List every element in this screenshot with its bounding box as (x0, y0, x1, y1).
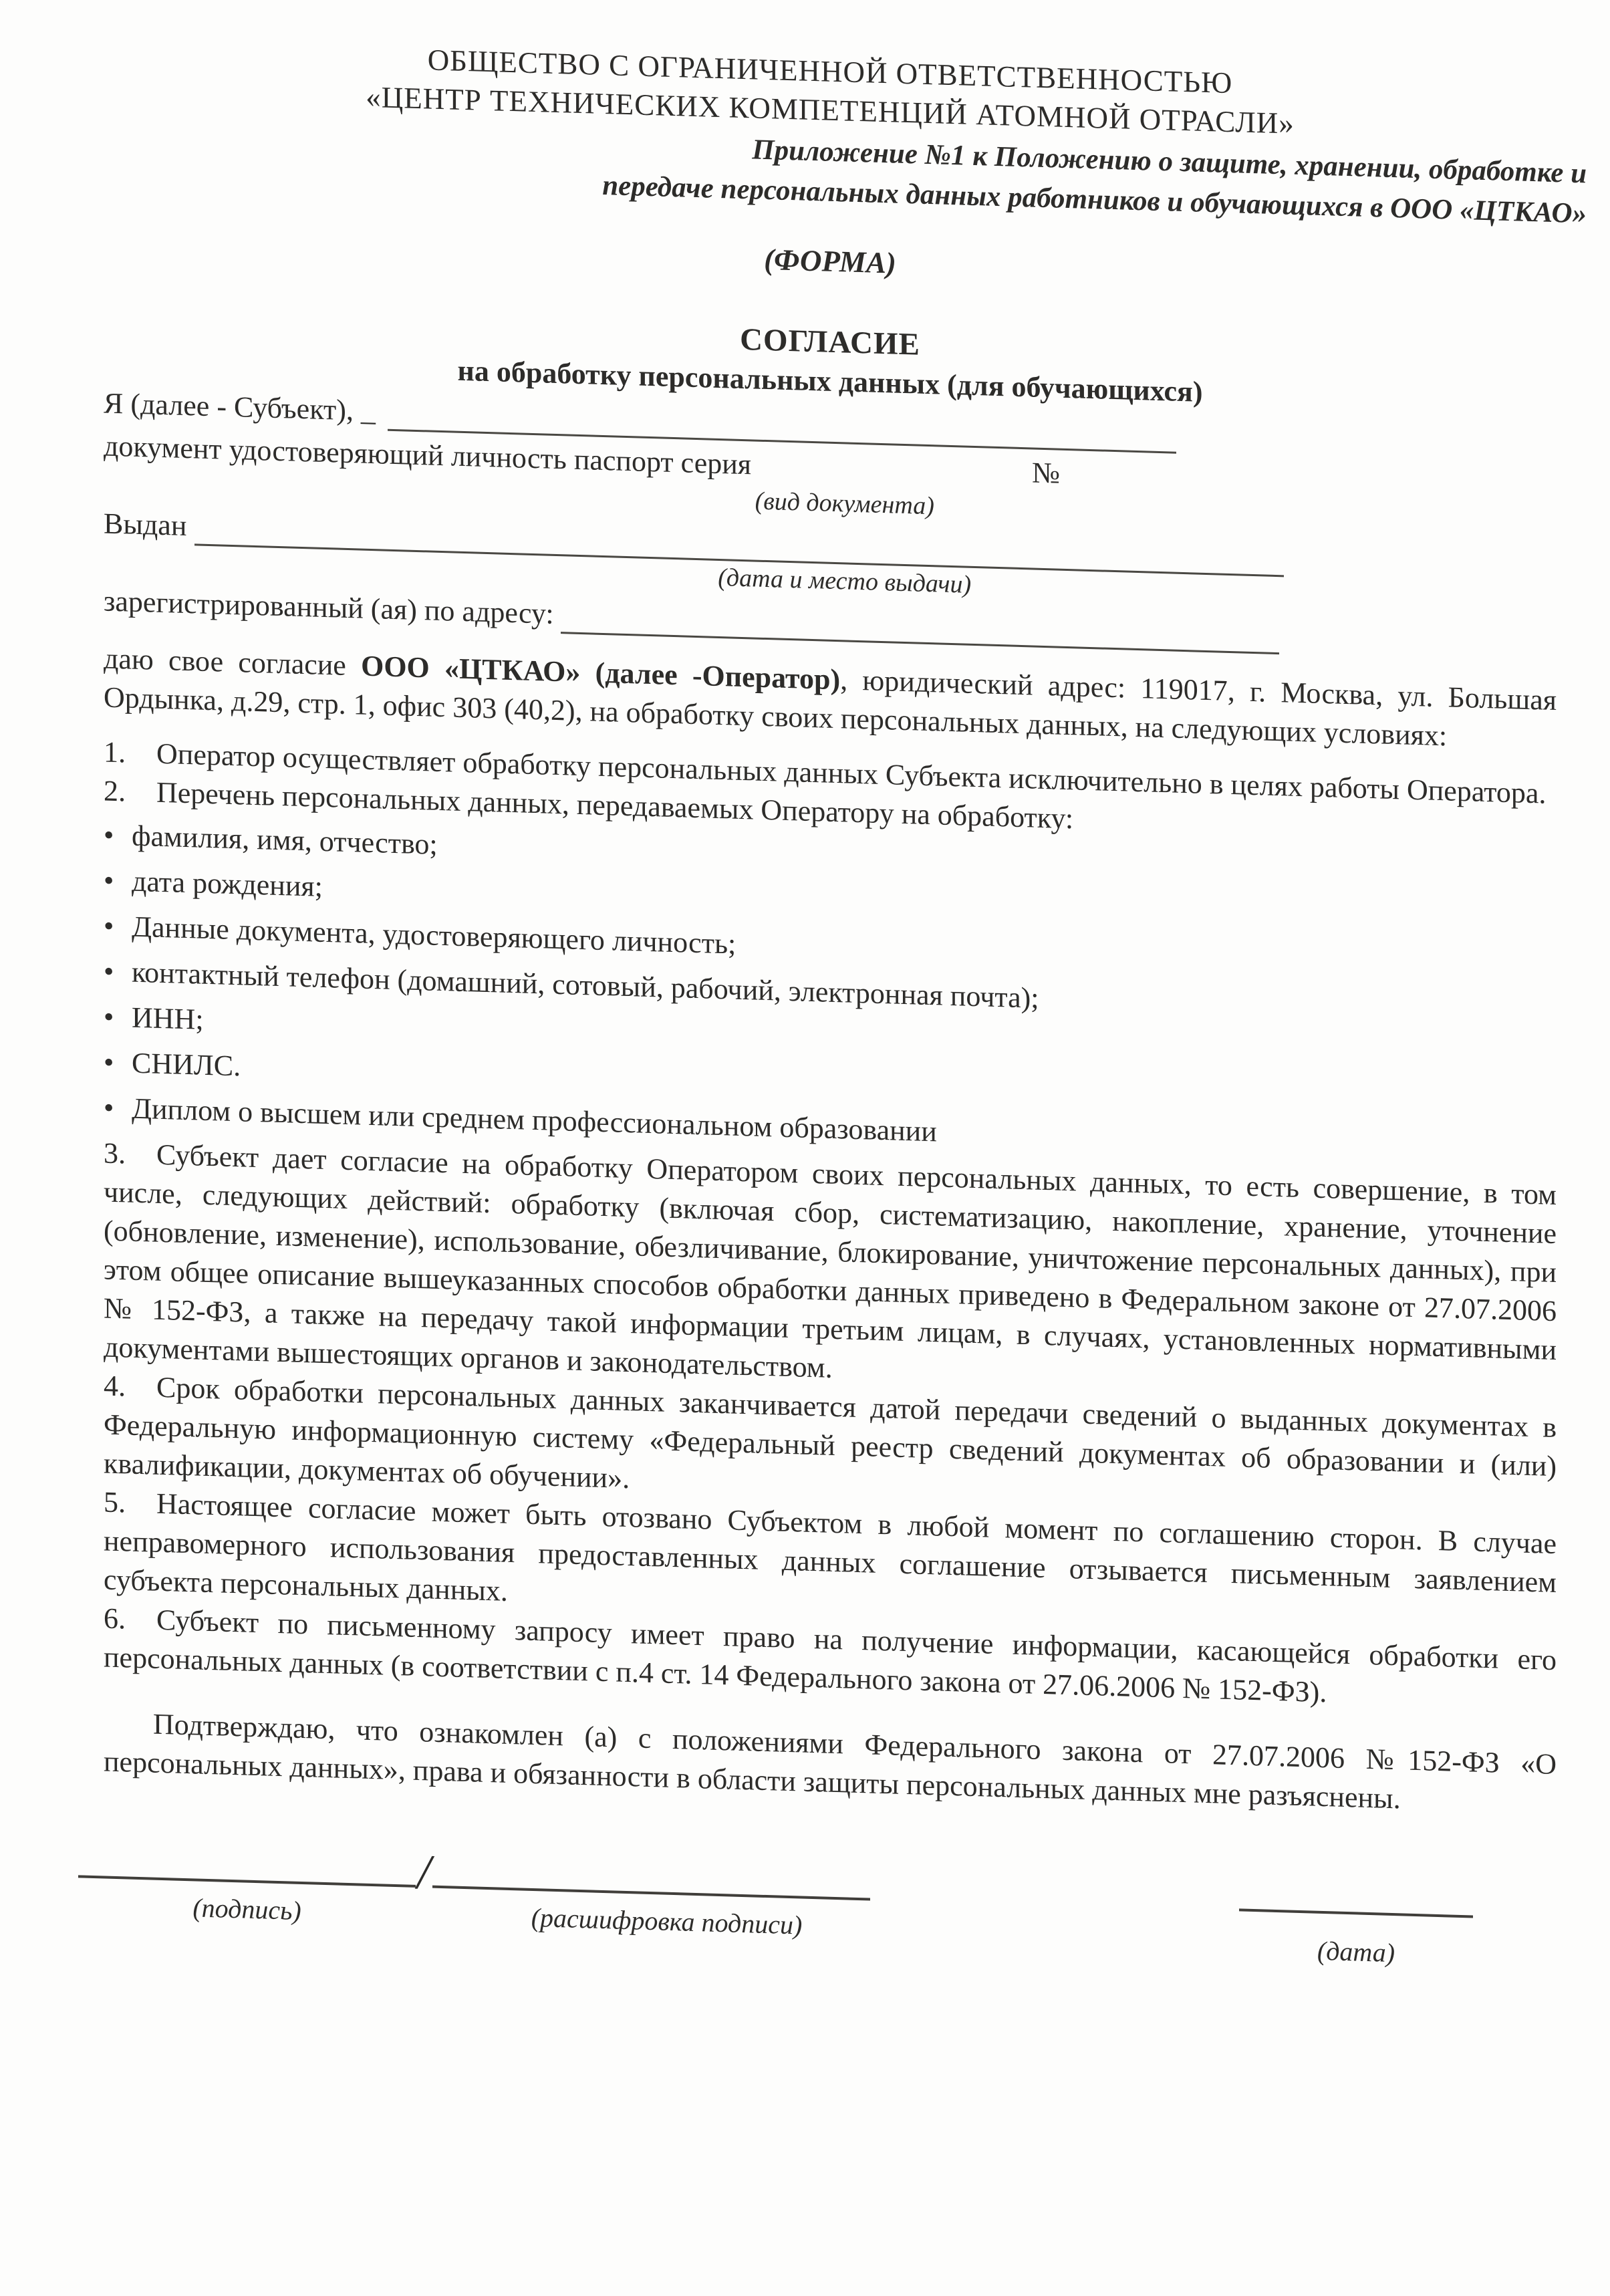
confirmation-paragraph: Подтверждаю, что ознакомлен (а) с положе… (104, 1703, 1557, 1823)
personal-data-item-text: СНИЛС. (132, 1047, 241, 1083)
name-caption: (расшифровка подписи) (448, 1898, 886, 1956)
address-blank-line (561, 600, 1279, 654)
personal-data-item-text: фамилия, имя, отчество; (132, 819, 438, 861)
personal-data-item-text: дата рождения; (132, 865, 323, 903)
item-text: Субъект дает согласие на обработку Опера… (104, 1138, 1557, 1384)
name-line (432, 1879, 870, 1901)
subject-label: Я (далее - Субъект), _ (104, 384, 376, 430)
item-number: 4. (104, 1369, 126, 1402)
issued-label: Выдан (104, 504, 186, 545)
item-number: 5. (104, 1485, 126, 1519)
item-number: 1. (104, 735, 126, 769)
personal-data-item-text: Данные документа, удостоверяющего личнос… (132, 910, 736, 961)
bullet-marker: • (104, 861, 132, 900)
item-number: 6. (104, 1602, 126, 1635)
form-marker: (ФОРМА) (104, 221, 1557, 301)
number-sign: № (1032, 453, 1060, 493)
intro-text-before: даю свое согласие (104, 642, 361, 682)
signature-line (78, 1868, 416, 1888)
item-number: 2. (104, 774, 126, 807)
signature-slash: / (417, 1847, 431, 1898)
personal-data-item-text: ИНН; (132, 1001, 204, 1036)
consent-terms-list: 1.Оператор осуществляет обработку персон… (104, 733, 1557, 1718)
bullet-marker: • (104, 906, 132, 946)
address-label: зарегистрированный (ая) по адресу: (104, 582, 554, 633)
personal-data-list: •фамилия, имя, отчество; •дата рождения;… (104, 815, 1557, 1169)
date-caption: (дата) (1239, 1920, 1473, 1972)
scanned-consent-form-page: ОБЩЕСТВО С ОГРАНИЧЕННОЙ ОТВЕТСТВЕННОСТЬЮ… (0, 0, 1610, 2296)
document-content: ОБЩЕСТВО С ОГРАНИЧЕННОЙ ОТВЕТСТВЕННОСТЬЮ… (0, 0, 1610, 1976)
bullet-marker: • (104, 952, 132, 991)
caption-spacer (886, 1910, 1239, 1966)
date-line (1239, 1902, 1473, 1918)
bullet-marker: • (104, 997, 132, 1037)
bullet-marker: • (104, 1043, 132, 1082)
operator-name-bold: ООО «ЦТКАО» (далее -Оператор) (361, 650, 840, 696)
item-number: 3. (104, 1136, 126, 1170)
signature-caption: (подпись) (78, 1887, 416, 1942)
bullet-marker: • (104, 815, 132, 855)
consent-item-3: 3.Субъект дает согласие на обработку Опе… (104, 1134, 1557, 1408)
caption-gap (416, 1897, 448, 1943)
signature-spacer (870, 1900, 1239, 1911)
bullet-marker: • (104, 1088, 132, 1128)
